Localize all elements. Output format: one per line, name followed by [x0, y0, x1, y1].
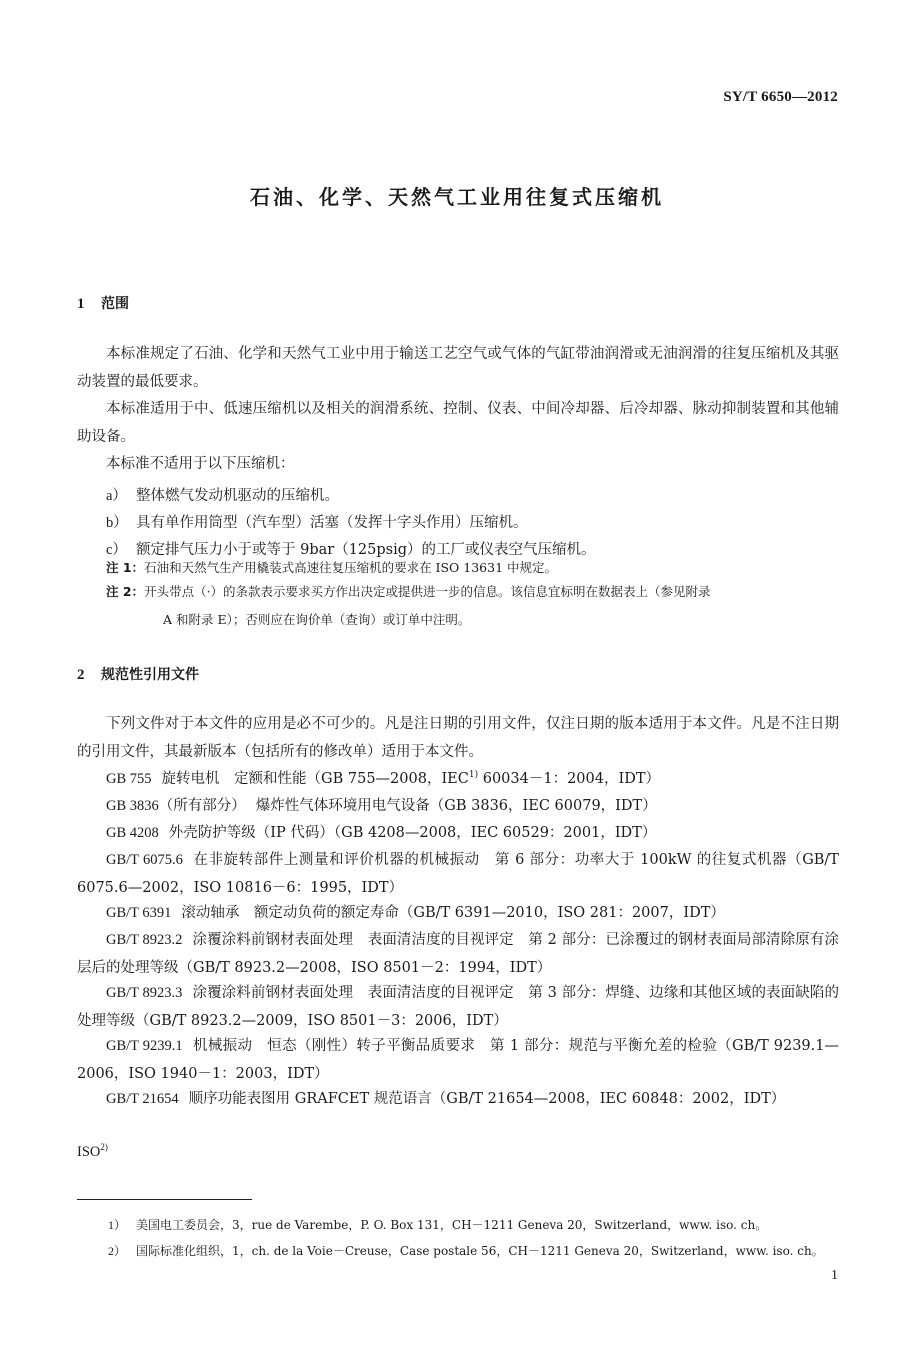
reference-gb-4208: GB 4208外壳防护等级（IP 代码）（GB 4208—2008，IEC 60… — [77, 820, 839, 848]
section-1-heading: 1范围 — [77, 293, 129, 313]
reference-gbt-9239-1: GB/T 9239.1机械振动 恒态（刚性）转子平衡品质要求 第 1 部分：规范… — [77, 1033, 839, 1088]
scope-paragraph-3: 本标准不适用于以下压缩机： — [77, 451, 839, 479]
note-2: 注 2：开头带点（·）的条款表示要求买方作出决定或提供进一步的信息。该信息宜标明… — [106, 580, 839, 604]
page-number: 1 — [831, 1268, 838, 1284]
note-1: 注 1：石油和天然气生产用橇装式高速往复压缩机的要求在 ISO 13631 中规… — [106, 556, 839, 580]
standard-code: SY/T 6650—2012 — [723, 89, 838, 106]
footnote-separator — [77, 1199, 252, 1200]
footnote-2: 2）国际标准化组织，1，ch. de la Voie－Creuse，Case p… — [108, 1242, 824, 1259]
reference-gbt-8923-2: GB/T 8923.2涂覆涂料前钢材表面处理 表面清洁度的目视评定 第 2 部分… — [77, 927, 839, 982]
section-number: 1 — [77, 296, 101, 313]
reference-iso: ISO2) — [77, 1139, 839, 1167]
document-title: 石油、化学、天然气工业用往复式压缩机 — [0, 181, 914, 210]
references-intro: 下列文件对于本文件的应用是必不可少的。凡是注日期的引用文件，仅注日期的版本适用于… — [77, 711, 839, 766]
scope-paragraph-2: 本标准适用于中、低速压缩机以及相关的润滑系统、控制、仪表、中间冷却器、后冷却器、… — [77, 396, 839, 451]
exclusion-item-a: a）整体燃气发动机驱动的压缩机。 — [106, 484, 339, 505]
section-title: 范围 — [101, 296, 129, 312]
reference-gb-755: GB 755旋转电机 定额和性能（GB 755—2008，IEC1) 60034… — [77, 766, 839, 794]
section-title: 规范性引用文件 — [101, 667, 199, 683]
reference-gbt-8923-3: GB/T 8923.3涂覆涂料前钢材表面处理 表面清洁度的目视评定 第 3 部分… — [77, 980, 839, 1035]
reference-gb-3836: GB 3836（所有部分）爆炸性气体环境用电气设备（GB 3836，IEC 60… — [77, 793, 839, 821]
section-2-heading: 2规范性引用文件 — [77, 664, 199, 684]
exclusion-item-b: b）具有单作用筒型（汽车型）活塞（发挥十字头作用）压缩机。 — [106, 511, 528, 532]
scope-paragraph-1: 本标准规定了石油、化学和天然气工业中用于输送工艺空气或气体的气缸带油润滑或无油润… — [77, 341, 839, 396]
footnote-marker: 1) — [469, 770, 478, 780]
footnote-marker: 2) — [100, 1142, 108, 1152]
reference-gbt-6075-6: GB/T 6075.6在非旋转部件上测量和评价机器的机械振动 第 6 部分：功率… — [77, 847, 839, 902]
reference-gbt-21654: GB/T 21654顺序功能表图用 GRAFCET 规范语言（GB/T 2165… — [77, 1086, 839, 1114]
note-2-continuation: A 和附录 E）；否则应在询价单（查询）或订单中注明。 — [163, 610, 470, 628]
reference-gbt-6391: GB/T 6391滚动轴承 额定动负荷的额定寿命（GB/T 6391—2010，… — [77, 900, 839, 928]
section-number: 2 — [77, 667, 101, 684]
footnote-1: 1）美国电工委员会，3，rue de Varembe，P. O. Box 131… — [108, 1216, 767, 1233]
